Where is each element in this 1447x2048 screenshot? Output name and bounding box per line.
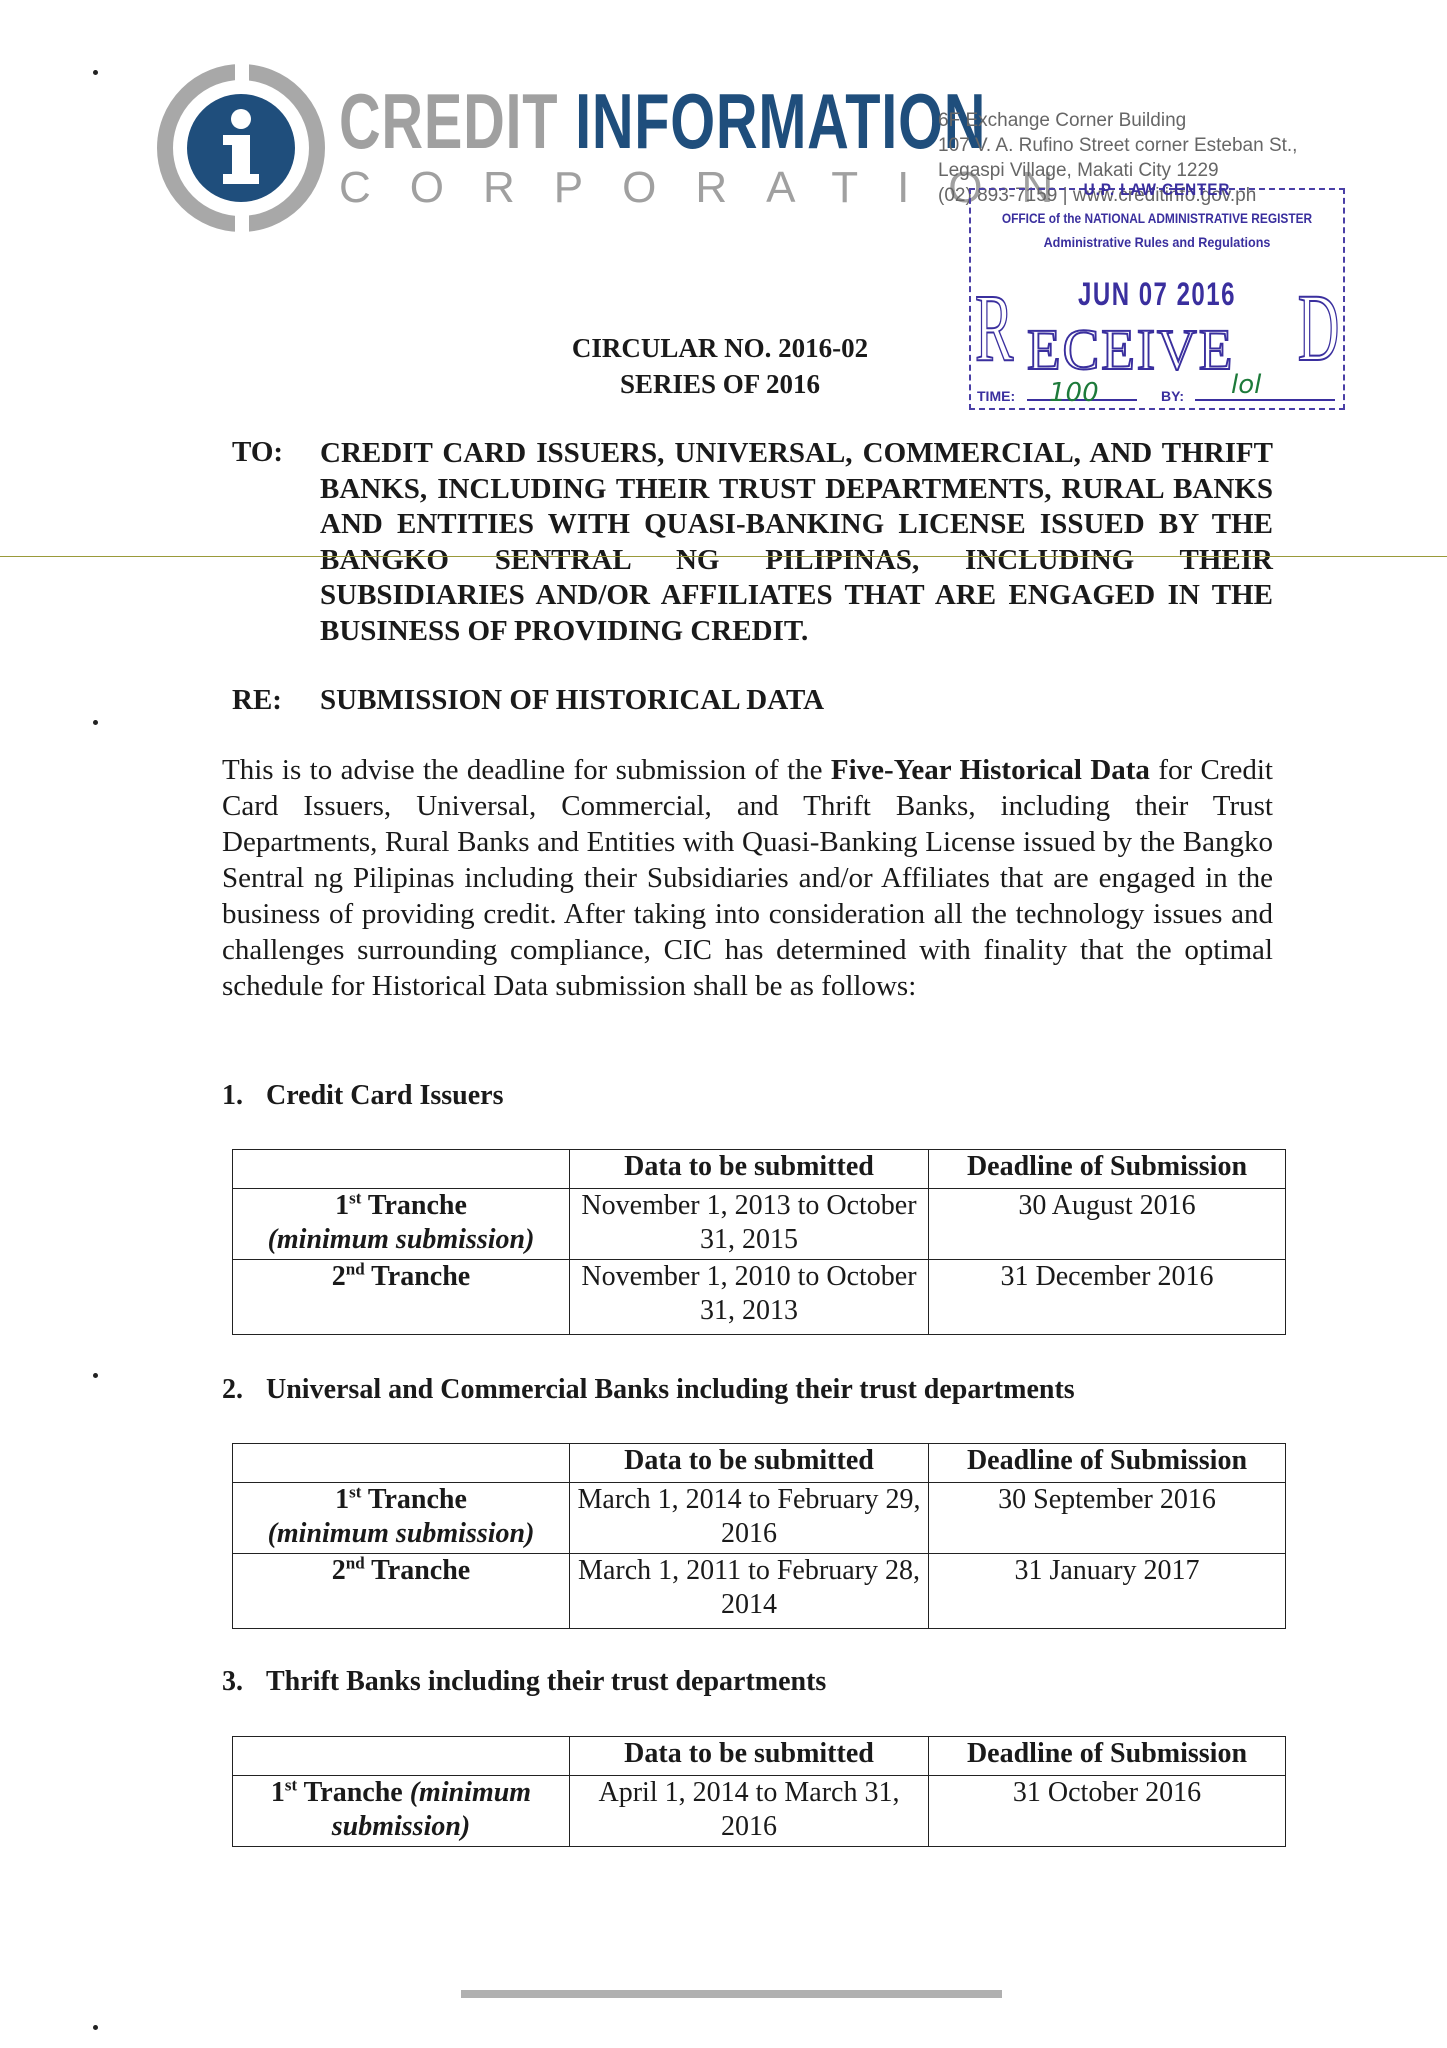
logo-ring-gap bbox=[235, 202, 249, 236]
stamp-received-middle: ECEIVE bbox=[1027, 316, 1234, 383]
stamp-division: Administrative Rules and Regulations bbox=[990, 234, 1325, 250]
tranche-ordinal: st bbox=[285, 1776, 297, 1795]
deadline-cell: 31 October 2016 bbox=[929, 1776, 1286, 1847]
tranche-number: 2 bbox=[332, 1555, 346, 1586]
footer-bar bbox=[461, 1990, 1002, 1998]
tranche-note: (minimum submission) bbox=[268, 1224, 535, 1255]
scan-speck bbox=[93, 2025, 98, 2030]
stamp-time-label: TIME: bbox=[977, 388, 1015, 404]
table-row: 2nd Tranche November 1, 2010 to October … bbox=[233, 1260, 1286, 1335]
tranche-label: Tranche bbox=[361, 1190, 467, 1221]
body-bold: Five-Year Historical Data bbox=[831, 754, 1150, 786]
deadline-cell: 31 December 2016 bbox=[929, 1260, 1286, 1335]
data-period-cell: March 1, 2014 to February 29, 2016 bbox=[570, 1483, 929, 1554]
section-number: 2. bbox=[222, 1374, 266, 1406]
table-header: Deadline of Submission bbox=[929, 1150, 1286, 1189]
scan-line bbox=[0, 556, 1447, 557]
table-header-row: Data to be submitted Deadline of Submiss… bbox=[233, 1737, 1286, 1776]
tranche-cell: 2nd Tranche bbox=[233, 1260, 570, 1335]
table-header bbox=[233, 1150, 570, 1189]
deadline-cell: 30 September 2016 bbox=[929, 1483, 1286, 1554]
circular-number: CIRCULAR NO. 2016-02 bbox=[520, 330, 920, 366]
table-header: Deadline of Submission bbox=[929, 1444, 1286, 1483]
stamp-received-r: R bbox=[975, 280, 1013, 376]
body-paragraph: This is to advise the deadline for submi… bbox=[222, 752, 1273, 1004]
stamp-org: U.P. LAW CENTER bbox=[990, 180, 1325, 200]
table-header: Data to be submitted bbox=[570, 1737, 929, 1776]
table-header: Data to be submitted bbox=[570, 1150, 929, 1189]
cic-logo: CREDIT INFORMATION CORPORATION bbox=[157, 62, 887, 242]
info-icon-dot bbox=[231, 109, 251, 129]
body-text: This is to advise the deadline for submi… bbox=[222, 754, 831, 786]
deadline-cell: 30 August 2016 bbox=[929, 1189, 1286, 1260]
section-title: Thrift Banks including their trust depar… bbox=[266, 1666, 826, 1697]
schedule-table: Data to be submitted Deadline of Submiss… bbox=[232, 1443, 1286, 1629]
table-row: 1st Tranche (minimum submission) April 1… bbox=[233, 1776, 1286, 1847]
tranche-cell: 1st Tranche(minimum submission) bbox=[233, 1189, 570, 1260]
table-header: Data to be submitted bbox=[570, 1444, 929, 1483]
tranche-label: Tranche bbox=[361, 1484, 467, 1515]
stamp-by-handwritten: lol bbox=[1231, 370, 1261, 400]
stamp-time-handwritten: 100 bbox=[1049, 378, 1099, 408]
stamp-received-d: D bbox=[1297, 280, 1339, 376]
stamp-by-label: BY: bbox=[1161, 388, 1184, 404]
section-heading: 2.Universal and Commercial Banks includi… bbox=[222, 1374, 1075, 1406]
received-stamp: U.P. LAW CENTER OFFICE of the NATIONAL A… bbox=[969, 188, 1345, 410]
address-line: 107 V. A. Rufino Street corner Esteban S… bbox=[938, 133, 1297, 158]
data-period-cell: March 1, 2011 to February 28, 2014 bbox=[570, 1554, 929, 1629]
re-subject: SUBMISSION OF HISTORICAL DATA bbox=[320, 684, 824, 717]
data-period-cell: November 1, 2013 to October 31, 2015 bbox=[570, 1189, 929, 1260]
tranche-number: 2 bbox=[332, 1261, 346, 1292]
stamp-by-line bbox=[1195, 399, 1335, 401]
tranche-ordinal: nd bbox=[346, 1260, 365, 1279]
table-header bbox=[233, 1444, 570, 1483]
section-title: Credit Card Issuers bbox=[266, 1080, 503, 1111]
table-header: Deadline of Submission bbox=[929, 1737, 1286, 1776]
schedule-table: Data to be submitted Deadline of Submiss… bbox=[232, 1736, 1286, 1847]
logo-word-information: INFORMATION bbox=[575, 77, 986, 165]
table-row: 1st Tranche(minimum submission) November… bbox=[233, 1189, 1286, 1260]
table-row: 2nd Tranche March 1, 2011 to February 28… bbox=[233, 1554, 1286, 1629]
tranche-cell: 2nd Tranche bbox=[233, 1554, 570, 1629]
to-recipients: CREDIT CARD ISSUERS, UNIVERSAL, COMMERCI… bbox=[320, 436, 1273, 649]
table-header-row: Data to be submitted Deadline of Submiss… bbox=[233, 1150, 1286, 1189]
circular-heading: CIRCULAR NO. 2016-02 SERIES OF 2016 bbox=[520, 330, 920, 402]
tranche-number: 1 bbox=[335, 1190, 349, 1221]
tranche-ordinal: st bbox=[349, 1483, 361, 1502]
table-row: 1st Tranche(minimum submission) March 1,… bbox=[233, 1483, 1286, 1554]
scan-speck bbox=[93, 720, 98, 725]
data-period-cell: November 1, 2010 to October 31, 2013 bbox=[570, 1260, 929, 1335]
tranche-label: Tranche bbox=[365, 1261, 471, 1292]
tranche-ordinal: st bbox=[349, 1189, 361, 1208]
data-period-cell: April 1, 2014 to March 31, 2016 bbox=[570, 1776, 929, 1847]
tranche-cell: 1st Tranche (minimum submission) bbox=[233, 1776, 570, 1847]
section-number: 1. bbox=[222, 1080, 266, 1112]
section-title: Universal and Commercial Banks including… bbox=[266, 1374, 1075, 1405]
table-header bbox=[233, 1737, 570, 1776]
stamp-received: R ECEIVE D bbox=[975, 280, 1339, 376]
circular-series: SERIES OF 2016 bbox=[520, 366, 920, 402]
tranche-number: 1 bbox=[271, 1777, 285, 1808]
stamp-office: OFFICE of the NATIONAL ADMINISTRATIVE RE… bbox=[999, 210, 1315, 226]
re-label: RE: bbox=[232, 684, 282, 717]
tranche-label: Tranche bbox=[365, 1555, 471, 1586]
info-icon-base bbox=[223, 174, 259, 184]
body-text: for Credit Card Issuers, Universal, Comm… bbox=[222, 754, 1273, 1002]
logo-ring-gap bbox=[235, 62, 249, 96]
logo-word-credit: CREDIT bbox=[339, 77, 558, 165]
section-heading: 1.Credit Card Issuers bbox=[222, 1080, 503, 1112]
address-line: 6F Exchange Corner Building bbox=[938, 108, 1297, 133]
tranche-cell: 1st Tranche(minimum submission) bbox=[233, 1483, 570, 1554]
scan-speck bbox=[93, 1373, 98, 1378]
scan-speck bbox=[93, 70, 98, 75]
to-label: TO: bbox=[232, 436, 283, 469]
tranche-label: Tranche bbox=[297, 1777, 410, 1808]
tranche-note: (minimum submission) bbox=[268, 1518, 535, 1549]
section-heading: 3.Thrift Banks including their trust dep… bbox=[222, 1666, 826, 1698]
section-number: 3. bbox=[222, 1666, 266, 1698]
tranche-number: 1 bbox=[335, 1484, 349, 1515]
logo-wordmark: CREDIT INFORMATION bbox=[339, 82, 986, 160]
tranche-ordinal: nd bbox=[346, 1554, 365, 1573]
deadline-cell: 31 January 2017 bbox=[929, 1554, 1286, 1629]
table-header-row: Data to be submitted Deadline of Submiss… bbox=[233, 1444, 1286, 1483]
schedule-table: Data to be submitted Deadline of Submiss… bbox=[232, 1149, 1286, 1335]
